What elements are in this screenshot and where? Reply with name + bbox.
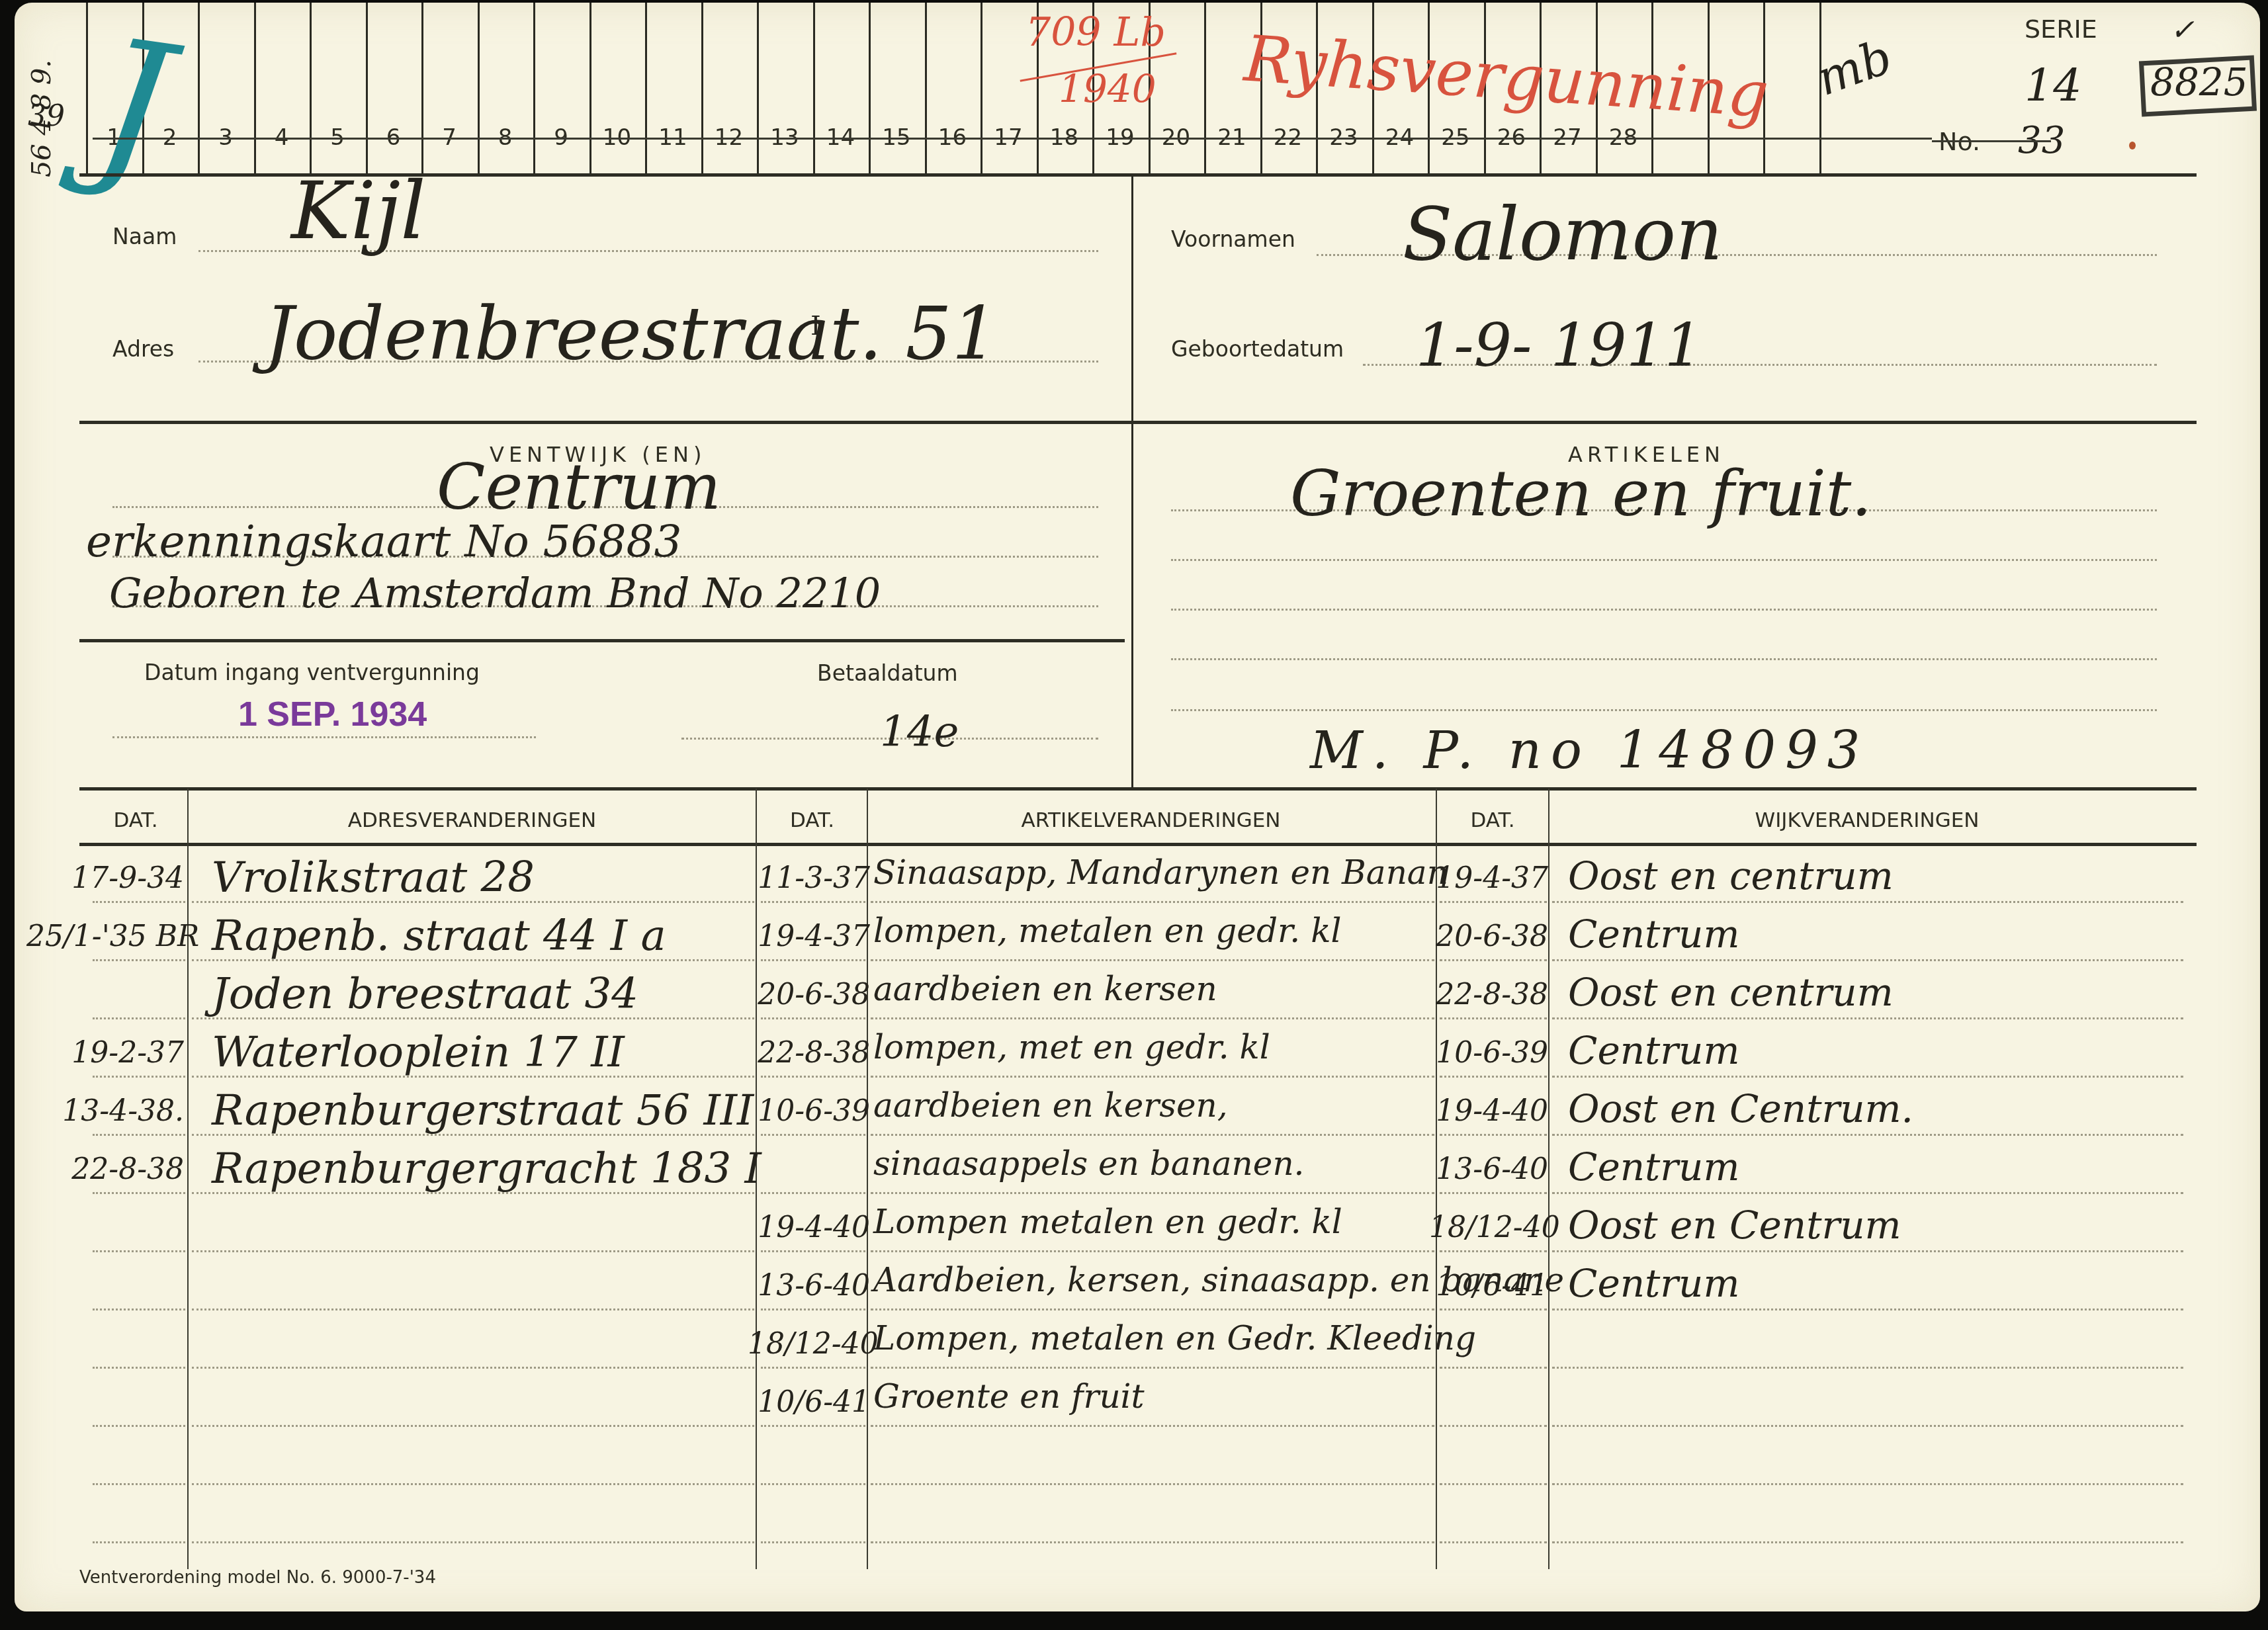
row-rule — [761, 901, 865, 903]
row-rule — [761, 1367, 865, 1369]
boxed-number: 8825 — [2150, 60, 2248, 105]
table-row-text: Joden breestraat 34 — [212, 970, 638, 1019]
datum-ingang-line — [112, 736, 536, 738]
row-rule — [761, 1541, 865, 1543]
row-rule — [192, 1541, 754, 1543]
ventwijk-line2: erkenningskaart No 56883 — [86, 516, 682, 567]
table-row-date: 10/6-41 — [748, 1385, 870, 1419]
adres-header: ADRESVERANDERINGEN — [189, 808, 755, 832]
adres-label: Adres — [112, 336, 174, 362]
row-rule — [93, 1134, 185, 1136]
row-rule — [1552, 1192, 2183, 1194]
table-row-date: 13-6-40 — [1429, 1152, 1548, 1186]
table-row-text: Vrolikstraat 28 — [212, 853, 535, 902]
geboortedatum-label: Geboortedatum — [1171, 336, 1344, 362]
row-rule — [761, 1192, 865, 1194]
row-rule — [1552, 1425, 2183, 1427]
row-rule — [1552, 1367, 2183, 1369]
wijk-header: WIJKVERANDERINGEN — [1549, 808, 2185, 832]
row-rule — [871, 1541, 1434, 1543]
row-rule — [93, 1483, 185, 1485]
corner-note-bottom: 39 — [28, 99, 65, 133]
serie-check: ✓ — [2170, 13, 2195, 47]
table-row-text: sinaasappels en bananen. — [873, 1144, 1305, 1183]
row-rule — [1440, 901, 1547, 903]
row-rule — [1440, 1134, 1547, 1136]
table-row-date: 10/6-41 — [1429, 1269, 1548, 1303]
row-rule — [93, 1308, 185, 1310]
red-fraction-numerator: 709 Lb — [1025, 9, 1166, 56]
row-rule — [1440, 1483, 1547, 1485]
red-dot — [2129, 142, 2136, 150]
row-rule — [192, 1483, 754, 1485]
table-row-text: Waterlooplein 17 II — [212, 1028, 625, 1077]
table-row-date: 19-4-37 — [748, 920, 870, 953]
table-row-text: Rapenburgerstraat 56 III — [212, 1086, 754, 1135]
ventwijk-value: Centrum — [437, 450, 720, 524]
artikelen-value: Groenten en fruit. — [1290, 456, 1872, 531]
row-rule — [871, 1076, 1434, 1078]
ventwijk-bottom-rule — [79, 639, 1125, 642]
table-row-text: aardbeien en kersen — [873, 970, 1217, 1008]
row-rule — [1440, 1076, 1547, 1078]
table-row-date: 22-8-38 — [748, 1036, 870, 1070]
row-rule — [1440, 1192, 1547, 1194]
table-row-date: 20-6-38 — [1429, 920, 1548, 953]
row-rule — [1440, 1367, 1547, 1369]
table-row-date: 25/1-'35 BR — [26, 920, 184, 953]
row-rule — [1440, 959, 1547, 961]
section-rule-2 — [79, 787, 2197, 791]
row-rule — [871, 1425, 1434, 1427]
row-rule — [1552, 1483, 2183, 1485]
row-rule — [761, 1134, 865, 1136]
footer-form-id: Ventverordening model No. 6. 9000-7-'34 — [79, 1568, 436, 1588]
table-row-date: 22-8-38 — [26, 1152, 184, 1186]
artikelen-line-3 — [1171, 609, 2157, 611]
row-rule — [1552, 1308, 2183, 1310]
naam-label: Naam — [112, 224, 177, 249]
artikelen-line-4 — [1171, 658, 2157, 660]
row-rule — [871, 1308, 1434, 1310]
row-rule — [871, 1134, 1434, 1136]
section-divider — [1131, 175, 1133, 789]
row-rule — [93, 959, 185, 961]
table-row-text: aardbeien en kersen, — [873, 1086, 1228, 1125]
row-rule — [93, 901, 185, 903]
voornamen-value: Salomon — [1403, 192, 1723, 277]
row-rule — [871, 1250, 1434, 1252]
table-row-text: lompen, met en gedr. kl — [873, 1028, 1270, 1066]
table-row-date: 19-4-37 — [1429, 861, 1548, 895]
row-rule — [1440, 1308, 1547, 1310]
row-rule — [93, 1250, 185, 1252]
artikel-date-header: DAT. — [758, 808, 867, 832]
table-row-text: Oost en Centrum — [1568, 1203, 1901, 1248]
table-row-text: Lompen, metalen en Gedr. Kleeding — [873, 1319, 1476, 1357]
strip-divider — [93, 138, 1932, 140]
row-rule — [761, 1425, 865, 1427]
section-rule-1 — [79, 421, 2197, 424]
table-row-date: 18/12-40 — [748, 1327, 870, 1361]
row-rule — [761, 1483, 865, 1485]
col-divider-1 — [187, 789, 189, 1569]
adres-floor: I — [810, 311, 821, 341]
row-rule — [93, 1076, 185, 1078]
voornamen-label: Voornamen — [1171, 226, 1295, 252]
row-rule — [761, 1250, 865, 1252]
table-row-text: Oost en Centrum. — [1568, 1086, 1913, 1131]
table-row-text: Oost en centrum — [1568, 970, 1894, 1015]
datum-ingang-label: Datum ingang ventvergunning — [144, 660, 480, 685]
row-rule — [871, 1483, 1434, 1485]
table-row-text: Lompen metalen en gedr. kl — [873, 1203, 1342, 1241]
row-rule — [1552, 901, 2183, 903]
row-rule — [192, 1367, 754, 1369]
adres-value: Jodenbreestraat. 51 — [265, 291, 998, 376]
table-row-date: 10-6-39 — [1429, 1036, 1548, 1070]
adres-date-header: DAT. — [86, 808, 185, 832]
row-rule — [1440, 1250, 1547, 1252]
datum-ingang-stamp: 1 SEP. 1934 — [238, 695, 427, 734]
serie-label: SERIE — [2025, 15, 2097, 44]
row-rule — [192, 1250, 754, 1252]
row-rule — [1552, 1076, 2183, 1078]
table-row-text: Sinaasapp, Mandarynen en Banan — [873, 853, 1448, 892]
betaaldatum-value: 14e — [880, 708, 959, 757]
table-row-date: 18/12-40 — [1429, 1211, 1548, 1244]
artikel-header: ARTIKELVERANDERINGEN — [868, 808, 1434, 832]
row-rule — [761, 1308, 865, 1310]
table-row-text: Rapenburgergracht 183 I — [212, 1144, 762, 1193]
col-divider-5 — [1548, 789, 1549, 1569]
table-row-text: lompen, metalen en gedr. kl — [873, 912, 1341, 950]
row-rule — [1552, 1250, 2183, 1252]
artikelen-note: M. P. no 148093 — [1310, 721, 1869, 781]
row-rule — [93, 1541, 185, 1543]
row-rule — [1440, 1017, 1547, 1019]
artikelen-line-5 — [1171, 709, 2157, 711]
table-header-rule — [79, 843, 2197, 846]
row-rule — [871, 1192, 1434, 1194]
serie-underline — [1932, 140, 2051, 142]
table-row-date: 17-9-34 — [26, 861, 184, 895]
row-rule — [1552, 959, 2183, 961]
row-rule — [1440, 1541, 1547, 1543]
table-row-date: 19-4-40 — [1429, 1094, 1548, 1128]
table-row-date: 13-4-38. — [26, 1094, 184, 1128]
row-rule — [1552, 1017, 2183, 1019]
table-row-date: 19-2-37 — [26, 1036, 184, 1070]
table-row-date: 13-6-40 — [748, 1269, 870, 1303]
table-row-text: Centrum — [1568, 912, 1739, 957]
row-rule — [761, 959, 865, 961]
table-row-text: Oost en centrum — [1568, 853, 1894, 898]
row-rule — [871, 959, 1434, 961]
row-rule — [1552, 1134, 2183, 1136]
row-rule — [871, 901, 1434, 903]
betaaldatum-label: Betaaldatum — [817, 660, 958, 686]
row-rule — [1440, 1425, 1547, 1427]
col-divider-3 — [867, 789, 868, 1569]
row-rule — [871, 1017, 1434, 1019]
row-rule — [1552, 1541, 2183, 1543]
red-fraction-denominator: 1940 — [1059, 66, 1156, 111]
table-row-date: 11-3-37 — [748, 861, 870, 895]
naam-value: Kijl — [291, 165, 426, 257]
artikelen-line-2 — [1171, 559, 2157, 561]
row-rule — [761, 1017, 865, 1019]
table-row-date: 20-6-38 — [748, 978, 870, 1011]
table-row-text: Groente en fruit — [873, 1377, 1145, 1416]
row-rule — [192, 1308, 754, 1310]
table-row-text: Centrum — [1568, 1028, 1739, 1073]
wijk-date-header: DAT. — [1437, 808, 1548, 832]
table-row-text: Centrum — [1568, 1261, 1739, 1306]
serie-value: 14 — [2025, 60, 2082, 112]
table-row-date: 22-8-38 — [1429, 978, 1548, 1011]
row-rule — [871, 1367, 1434, 1369]
row-rule — [93, 1425, 185, 1427]
row-rule — [93, 1367, 185, 1369]
row-rule — [93, 1017, 185, 1019]
row-rule — [761, 1076, 865, 1078]
table-row-date: 19-4-40 — [748, 1211, 870, 1244]
geboortedatum-value: 1-9- 1911 — [1416, 311, 1702, 380]
table-row-text: Rapenb. straat 44 I a — [212, 912, 666, 961]
row-rule — [192, 1425, 754, 1427]
table-row-date: 10-6-39 — [748, 1094, 870, 1128]
row-rule — [93, 1192, 185, 1194]
ventwijk-line3: Geboren te Amsterdam Bnd No 2210 — [109, 569, 881, 617]
table-row-text: Centrum — [1568, 1144, 1739, 1189]
